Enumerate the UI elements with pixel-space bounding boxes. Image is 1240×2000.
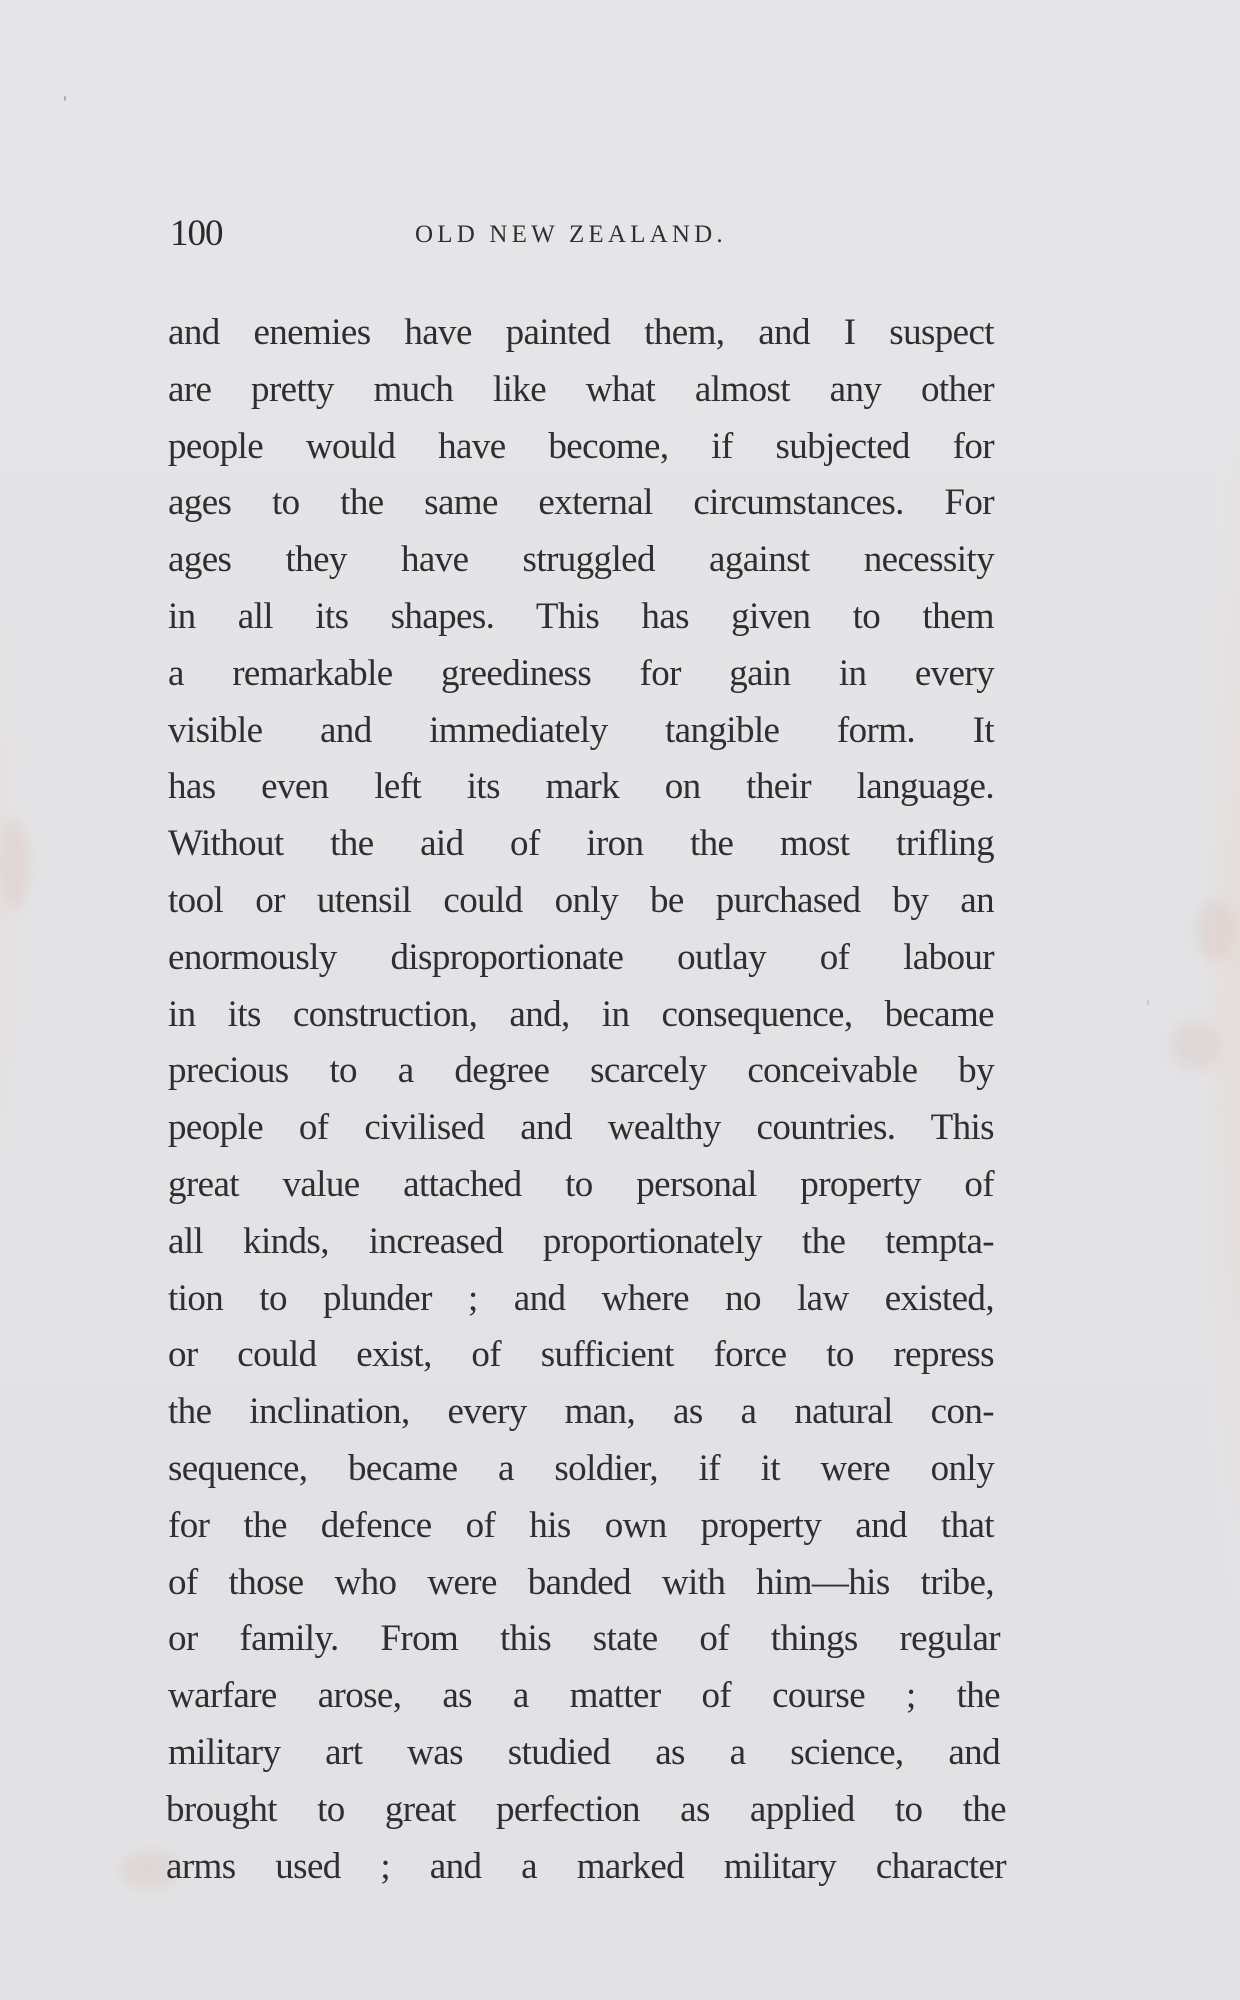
text-line-content: military art was studied as a science, a… (168, 1729, 1000, 1777)
text-line: ages they have struggled against necessi… (168, 536, 994, 593)
text-line-content: tool or utensil could only be purchased … (168, 877, 994, 925)
text-line-content: the inclination, every man, as a natural… (168, 1388, 994, 1436)
text-line-content: or family. From this state of things reg… (168, 1615, 1000, 1663)
text-line-content: Without the aid of iron the most triflin… (168, 820, 994, 868)
text-line: enormously disproportionate outlay of la… (168, 934, 994, 991)
text-line-content: sequence, became a soldier, if it were o… (168, 1445, 994, 1493)
text-line: sequence, became a soldier, if it were o… (168, 1445, 994, 1502)
text-line: tool or utensil could only be purchased … (168, 877, 994, 934)
text-line: the inclination, every man, as a natural… (168, 1388, 994, 1445)
text-line: are pretty much like what almost any oth… (168, 366, 994, 423)
text-line-content: all kinds, increased proportionately the… (168, 1218, 994, 1266)
text-line-content: arms used ; and a marked military charac… (166, 1843, 1006, 1891)
text-line-content: in its construction, and, in consequence… (168, 991, 994, 1039)
paper-speck (64, 96, 66, 101)
running-head: 100 OLD NEW ZEALAND. (168, 214, 1008, 254)
text-line-content: for the defence of his own property and … (168, 1502, 994, 1550)
text-line-content: tion to plunder ; and where no law exist… (168, 1275, 994, 1323)
text-line-content: people would have become, if subjected f… (168, 423, 994, 471)
text-line: Without the aid of iron the most triflin… (168, 820, 994, 877)
text-line-content: people of civilised and wealthy countrie… (168, 1104, 994, 1152)
text-line-content: and enemies have painted them, and I sus… (168, 309, 994, 357)
foxing-stain (0, 820, 30, 910)
text-line: visible and immediately tangible form. I… (168, 707, 994, 764)
text-line: for the defence of his own property and … (168, 1502, 994, 1559)
text-line: in all its shapes. This has given to the… (168, 593, 994, 650)
text-line-content: are pretty much like what almost any oth… (168, 366, 994, 414)
body-text: and enemies have painted them, and I sus… (168, 309, 994, 1899)
paper-speck (1147, 1000, 1149, 1005)
text-line-content: has even left its mark on their language… (168, 763, 994, 811)
text-line: in its construction, and, in consequence… (168, 991, 994, 1048)
text-line-content: of those who were banded with him—his tr… (168, 1559, 994, 1607)
text-line-content: visible and immediately tangible form. I… (168, 707, 994, 755)
text-line: people of civilised and wealthy countrie… (168, 1104, 994, 1161)
text-line: and enemies have painted them, and I sus… (168, 309, 994, 366)
book-page: 100 OLD NEW ZEALAND. and enemies have pa… (0, 0, 1240, 2000)
text-line: all kinds, increased proportionately the… (168, 1218, 994, 1275)
text-line-content: or could exist, of sufficient force to r… (168, 1331, 994, 1379)
text-line: precious to a degree scarcely conceivabl… (168, 1047, 994, 1104)
text-line-content: precious to a degree scarcely conceivabl… (168, 1047, 994, 1095)
text-line: warfare arose, as a matter of course ; t… (168, 1672, 994, 1729)
text-line: ages to the same external circumstances.… (168, 479, 994, 536)
text-line-content: great value attached to personal propert… (168, 1161, 994, 1209)
text-line-content: ages to the same external circumstances.… (168, 479, 994, 527)
text-line-content: a remarkable greediness for gain in ever… (168, 650, 994, 698)
text-line: people would have become, if subjected f… (168, 423, 994, 480)
text-line: has even left its mark on their language… (168, 763, 994, 820)
text-line: arms used ; and a marked military charac… (168, 1843, 994, 1900)
text-line: or could exist, of sufficient force to r… (168, 1331, 994, 1388)
text-line: brought to great perfection as applied t… (168, 1786, 994, 1843)
text-line-content: warfare arose, as a matter of course ; t… (168, 1672, 1000, 1720)
foxing-stain (1195, 900, 1235, 960)
text-line: of those who were banded with him—his tr… (168, 1559, 994, 1616)
text-line: a remarkable greediness for gain in ever… (168, 650, 994, 707)
text-line: or family. From this state of things reg… (168, 1615, 994, 1672)
running-title: OLD NEW ZEALAND. (415, 220, 727, 250)
text-line: military art was studied as a science, a… (168, 1729, 994, 1786)
text-line: great value attached to personal propert… (168, 1161, 994, 1218)
text-line: tion to plunder ; and where no law exist… (168, 1275, 994, 1332)
text-line-content: ages they have struggled against necessi… (168, 536, 994, 584)
text-line-content: enormously disproportionate outlay of la… (168, 934, 994, 982)
page-number: 100 (170, 214, 223, 254)
foxing-stain (1170, 1020, 1220, 1070)
text-line-content: brought to great perfection as applied t… (166, 1786, 1006, 1834)
text-line-content: in all its shapes. This has given to the… (168, 593, 994, 641)
